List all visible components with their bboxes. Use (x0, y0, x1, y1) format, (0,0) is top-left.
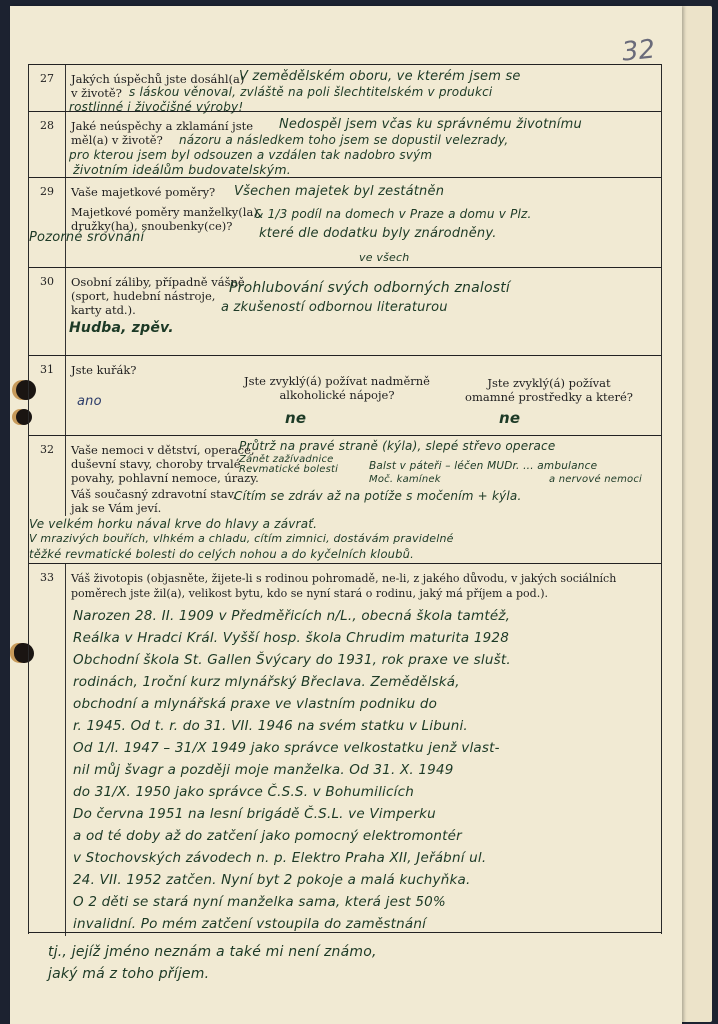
question-label: Jste zvyklý(á) požívat nadměrně (237, 374, 437, 388)
question-number: 30 (29, 275, 65, 288)
question-label: v životě? (71, 86, 122, 100)
column-divider (65, 65, 66, 112)
handwritten-answer: a zkušeností odbornou literaturou (221, 300, 448, 316)
question-label: Váš současný zdravotní stav, (71, 487, 236, 501)
handwritten-answer: ve všech (359, 250, 409, 266)
question-number: 27 (29, 72, 65, 85)
handwritten-answer: Hudba, zpěv. (69, 320, 174, 336)
handwritten-answer: Pozorné srovnání (29, 230, 144, 246)
handwritten-answer-alcohol: ne (285, 410, 306, 426)
biography-line: nil můj švagr a později moje manželka. O… (73, 762, 454, 778)
biography-line: rodinách, 1roční kurz mlynářský Břeclava… (73, 674, 460, 690)
column-divider (65, 112, 66, 178)
handwritten-answer: Moč. kamínek (369, 472, 441, 488)
question-label: alkoholické nápoje? (237, 388, 437, 402)
question-label: Osobní záliby, případně vášně (71, 275, 245, 289)
question-27: 27 Jakých úspěchů jste dosáhl(a) v život… (29, 64, 661, 112)
question-number: 33 (29, 571, 65, 584)
page-number: 32 (621, 34, 657, 67)
question-label: Jaké neúspěchy a zklamání jste (71, 119, 253, 133)
question-label: měl(a) v životě? (71, 133, 163, 147)
question-30: 30 Osobní záliby, případně vášně (sport,… (29, 267, 661, 356)
biography-line: obchodní a mlynářská praxe ve vlastním p… (73, 696, 437, 712)
biography-line: Narozen 28. II. 1909 v Předměřicích n/L.… (73, 608, 510, 624)
question-label: jak se Vám jeví. (71, 501, 161, 515)
question-label: (sport, hudební nástroje, (71, 289, 215, 303)
question-31: 31 Jste kuřák? Jste zvyklý(á) požívat na… (29, 355, 661, 436)
handwritten-answer: V mrazivých bouřích, vlhkém a chladu, cí… (29, 531, 454, 547)
question-number: 29 (29, 185, 65, 198)
biography-line: do 31/X. 1950 jako správce Č.S.S. v Bohu… (73, 784, 414, 800)
handwritten-answer: které dle dodatku byly znárodněny. (259, 226, 497, 242)
question-label: duševní stavy, choroby trvalé (71, 457, 241, 471)
column-divider (65, 436, 66, 516)
handwritten-answer: V zemědělském oboru, ve kterém jsem se (239, 69, 521, 85)
biography-line: 24. VII. 1952 zatčen. Nyní byt 2 pokoje … (73, 872, 470, 888)
handwritten-answer: pro kterou jsem byl odsouzen a vzdálen t… (69, 147, 432, 163)
question-label: Majetkové poměry manželky(la), (71, 205, 261, 219)
questionnaire-form: 27 Jakých úspěchů jste dosáhl(a) v život… (28, 64, 662, 934)
question-number: 32 (29, 443, 65, 456)
question-number: 31 (29, 363, 65, 376)
question-label: Jste zvyklý(á) požívat (449, 376, 649, 390)
handwritten-answer: Revmatické bolesti (239, 462, 338, 478)
handwritten-answer: s láskou věnoval, zvláště na poli šlecht… (129, 84, 492, 100)
handwritten-answer-drugs: ne (499, 410, 520, 426)
question-label: Vaše majetkové poměry? (71, 185, 215, 199)
question-number: 28 (29, 119, 65, 132)
biography-line: invalidní. Po mém zatčení vstoupila do z… (73, 916, 426, 932)
biography-line: r. 1945. Od t. r. do 31. VII. 1946 na sv… (73, 718, 468, 734)
column-divider (65, 564, 66, 936)
handwritten-answer: & 1/3 podíl na domech v Praze a domu v P… (254, 206, 532, 222)
question-label: Vaše nemoci v dětství, operace, (71, 443, 255, 457)
question-29: 29 Vaše majetkové poměry? Majetkové pomě… (29, 177, 661, 268)
column-divider (65, 178, 66, 268)
biography-continuation: jaký má z toho příjem. (48, 966, 209, 982)
question-28: 28 Jaké neúspěchy a zklamání jste měl(a)… (29, 111, 661, 178)
biography-line: a od té doby až do zatčení jako pomocný … (73, 828, 462, 844)
biography-line: Do června 1951 na lesní brigádě Č.S.L. v… (73, 806, 436, 822)
question-33: 33 Váš životopis (objasněte, žijete-li s… (29, 563, 661, 936)
column-divider (65, 356, 66, 436)
form-bottom-border (28, 932, 662, 933)
biography-line: Obchodní škola St. Gallen Švýcary do 193… (73, 652, 511, 668)
biography-line: Od 1/I. 1947 – 31/X 1949 jako správce ve… (73, 740, 500, 756)
question-label: Jste kuřák? (71, 363, 136, 377)
question-label: omamné prostředky a které? (449, 390, 649, 404)
handwritten-answer: Prohlubování svých odborných znalostí (229, 280, 510, 296)
question-label: karty atd.). (71, 303, 136, 317)
handwritten-answer: Všechen majetek byl zestátněn (234, 184, 444, 200)
handwritten-answer: těžké revmatické bolesti do celých nohou… (29, 546, 414, 562)
handwritten-answer: a nervové nemoci (549, 472, 642, 488)
column-divider (65, 268, 66, 356)
biography-continuation: tj., jejíž jméno neznám a také mi není z… (48, 944, 377, 960)
question-label: Váš životopis (objasněte, žijete-li s ro… (71, 572, 616, 586)
biography-line: v Stochovských závodech n. p. Elektro Pr… (73, 850, 486, 866)
handwritten-answer: životním ideálům budovatelským. (73, 162, 291, 178)
handwritten-answer: Cítím se zdráv až na potíže s močením + … (234, 488, 522, 504)
handwritten-answer: názoru a následkem toho jsem se dopustil… (179, 132, 508, 148)
handwritten-answer: Nedospěl jsem včas ku správnému životním… (279, 117, 582, 133)
biography-line: O 2 děti se stará nyní manželka sama, kt… (73, 894, 446, 910)
question-label: povahy, pohlavní nemoce, úrazy. (71, 471, 259, 485)
biography-line: Reálka v Hradci Král. Vyšší hosp. škola … (73, 630, 509, 646)
handwritten-answer-smoker: ano (77, 394, 102, 410)
question-32: 32 Vaše nemoci v dětství, operace, dušev… (29, 435, 661, 564)
question-label: poměrech jste žil(a), velikost bytu, kdo… (71, 587, 548, 601)
handwritten-answer: Ve velkém horku nával krve do hlavy a zá… (29, 516, 317, 532)
